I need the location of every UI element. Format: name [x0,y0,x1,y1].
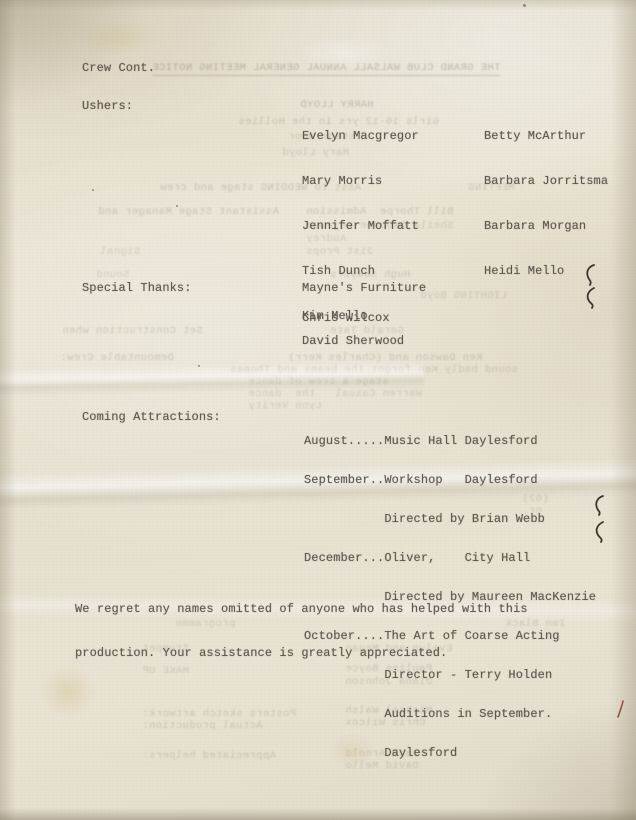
usher-name: Jennifer Moffatt [302,219,419,234]
ghost-text-line: Posters sketch artwork: [142,708,296,720]
pen-tick-mark [584,287,598,309]
ghost-text-line: Actual production: [142,720,263,732]
scanned-document-page: THE GRAND CLUB WALSALL ANNUAL GENERAL ME… [0,0,636,820]
corner-shadow [0,0,150,110]
usher-name: Betty McArthur [484,129,608,144]
usher-name: Evelyn Macgregor [302,129,419,144]
ghost-text-line: stage & crew of dance [248,376,389,388]
pen-tick-mark [592,495,606,517]
attraction-line: August.....Music Hall Daylesford [304,435,596,448]
attraction-line: December...Oliver, City Hall [304,552,596,565]
corner-shadow [476,700,636,820]
usher-name: Tish Dunch [302,264,419,279]
paper-highlight [296,36,392,70]
ghost-text-line: Sound [96,269,130,281]
ghost-text-line: Signal [100,246,140,258]
pen-tick-mark [583,264,597,286]
closing-note-line: production. Your assistance is greatly a… [75,646,528,661]
paper-speck [176,205,178,207]
attraction-line: September..Workshop Daylesford [304,474,596,487]
paper-speck [198,365,200,367]
special-thanks-item: Chris Wilcox [302,311,390,325]
ghost-text-line: Appreciated helpers: [142,750,276,762]
ghost-text-line: Assistant Stage Manager and [98,206,279,218]
special-thanks-label: Special Thanks: [82,281,192,295]
ghost-text-line: Warren Casual the dance [248,388,422,400]
usher-name: Barbara Jorritsma [484,174,608,189]
scan-edge-shadow [610,0,636,820]
fold-crease [0,360,424,396]
pen-tick-mark [593,521,607,543]
ghost-text-line: Set Construction when [62,325,203,337]
paper-speck [92,189,94,191]
usher-name: Mary Morris [302,174,419,189]
ghost-text-line: sound badly Ken forgot the beams and Tho… [230,364,518,376]
ghost-text-line: Demountable Crew: [60,352,174,364]
coming-attractions-label: Coming Attractions: [82,410,221,424]
special-thanks-item: Mayne's Furniture [302,281,426,295]
scan-edge-shadow [0,0,16,820]
ghost-text-line: THE GRAND CLUB WALSALL ANNUAL GENERAL ME… [152,62,500,76]
closing-note-line: We regret any names omitted of anyone wh… [75,602,528,617]
closing-note: We regret any names omitted of anyone wh… [75,573,528,689]
attraction-line: Directed by Brian Webb [304,513,596,526]
special-thanks-item: David Sherwood [302,334,404,348]
usher-name: Barbara Morgan [484,219,608,234]
